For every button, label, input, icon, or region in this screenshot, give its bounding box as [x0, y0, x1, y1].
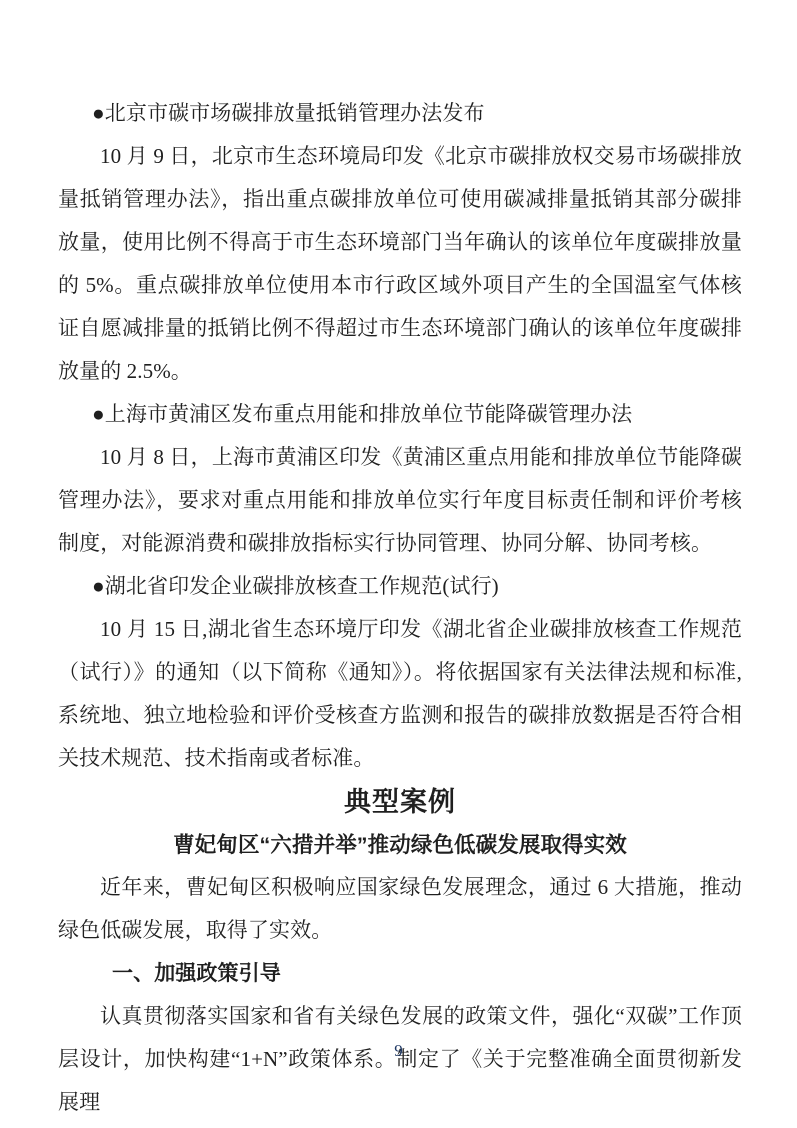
page-number: 9 — [0, 1040, 797, 1062]
bullet-item-shanghai-huangpu-measure: ●上海市黄浦区发布重点用能和排放单位节能降碳管理办法 — [58, 393, 742, 436]
document-body: ●北京市碳市场碳排放量抵销管理办法发布 10 月 9 日，北京市生态环境局印发《… — [58, 92, 742, 1124]
bullet-item-hubei-measure: ●湖北省印发企业碳排放核查工作规范(试行) — [58, 565, 742, 608]
subsection-heading-policy-guidance: 一、加强政策引导 — [58, 952, 742, 995]
paragraph-hubei-detail: 10 月 15 日,湖北省生态环境厅印发《湖北省企业碳排放核查工作规范（试行）》… — [58, 608, 742, 780]
paragraph-shanghai-detail: 10 月 8 日，上海市黄浦区印发《黄浦区重点用能和排放单位节能降碳管理办法》，… — [58, 436, 742, 565]
section-title-typical-cases: 典型案例 — [58, 780, 742, 824]
document-page: ●北京市碳市场碳排放量抵销管理办法发布 10 月 9 日，北京市生态环境局印发《… — [0, 0, 797, 1128]
paragraph-caofeidian-intro: 近年来，曹妃甸区积极响应国家绿色发展理念，通过 6 大措施，推动绿色低碳发展，取… — [58, 866, 742, 952]
bullet-item-beijing-measure: ●北京市碳市场碳排放量抵销管理办法发布 — [58, 92, 742, 135]
paragraph-beijing-detail: 10 月 9 日，北京市生态环境局印发《北京市碳排放权交易市场碳排放量抵销管理办… — [58, 135, 742, 393]
case-title-caofeidian: 曹妃甸区“六措并举”推动绿色低碳发展取得实效 — [58, 824, 742, 866]
